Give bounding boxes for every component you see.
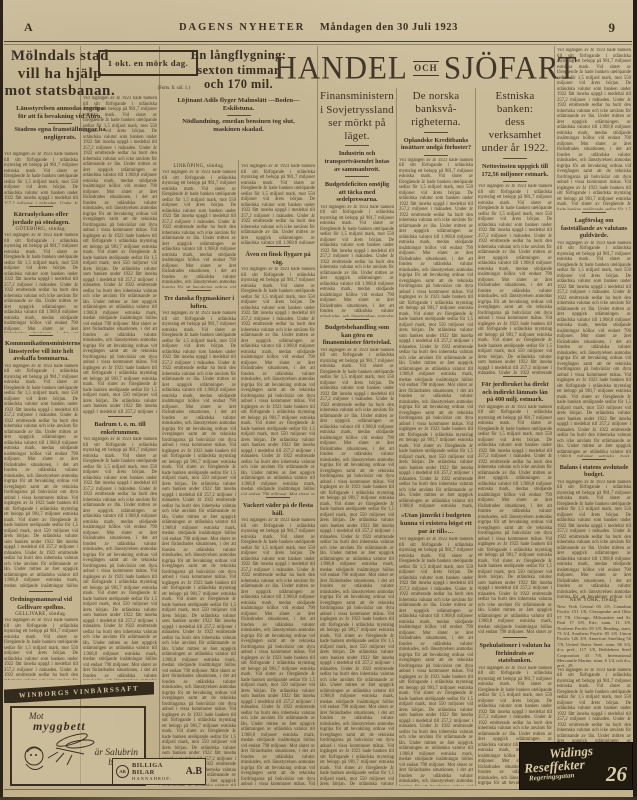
section-divider <box>345 319 369 320</box>
body-text: Vid ingången av år 1923 hade banken till… <box>162 311 236 786</box>
deck: Oplandske Kreditbanks insättare undgå fö… <box>399 135 473 153</box>
subhead-jordbruket: För jordbruket ha direkt och indirekt lä… <box>478 379 552 405</box>
column-1: Vid ingången av år 1923 hade banken till… <box>4 152 78 680</box>
column-3: LINKÖPING, söndag. Vid ingången av år 19… <box>162 164 236 786</box>
body-text: Vid ingången av år 1923 hade banken till… <box>478 184 552 374</box>
masthead-rule-thin <box>4 44 632 45</box>
subhead-budgetdeficit: Budgetdeficiten omöjlig att täcka med se… <box>320 179 394 205</box>
billiga-bilar-ad: AB BILLIGA BILAR HANNAHROP: A.B <box>112 758 206 785</box>
headline-line: ser mörkt på läget. <box>320 117 394 143</box>
billiga-bilar-ad-sub: HANNAHROP: <box>132 776 183 782</box>
column-8: Vid ingången av år 1923 hade banken till… <box>557 48 631 786</box>
section-divider <box>187 290 211 291</box>
subhead-lagforslag: Lagförslag om fastställande av valutans … <box>557 215 631 241</box>
mosquito-woman-illustration <box>14 726 104 778</box>
section-divider <box>29 591 53 592</box>
subhead-danska: Tre danska flygmaskiner i luften. <box>162 293 236 311</box>
winborgs-ad: WINBORGS VINBÄRSSAFT <box>4 682 154 703</box>
body-text: Vid ingången av år 1923 hade banken till… <box>241 518 315 786</box>
body-text: Vid ingången av år 1923 hade banken till… <box>83 96 157 414</box>
section-divider <box>48 123 72 124</box>
pull-quote: »Utan jämvikt i budgeten kunna vi existe… <box>399 510 473 537</box>
subhead-karra: Kärraolyckans offer jordade på söndagen. <box>4 209 78 227</box>
section-divider <box>29 206 53 207</box>
body-text: Vid ingången av år 1923 hade banken till… <box>399 158 473 510</box>
column-rule <box>80 46 81 786</box>
body-text: Vid ingången av år 1923 hade banken till… <box>241 267 315 495</box>
body-text: Vid ingången av år 1923 hade banken till… <box>320 348 394 786</box>
body-text: Vid ingången av år 1923 hade banken till… <box>162 170 236 288</box>
column-rule <box>238 160 239 786</box>
section-divider <box>503 181 527 182</box>
billiga-bilar-ad-title: BILLIGA BILAR <box>132 762 183 776</box>
column-rule <box>159 46 160 786</box>
issue-date: Måndagen den 30 Juli 1923 <box>320 22 458 33</box>
subhead-spekulationer: Spekulationer i valutan ha förhindrats a… <box>478 640 552 666</box>
masthead-rule <box>4 41 632 42</box>
section-divider <box>345 176 369 177</box>
winborgs-ad-ribbon: WINBORGS VINBÄRSSAFT <box>4 682 154 703</box>
stock-listing: New York Central 65 1/8, Canadian Pacifi… <box>557 604 631 668</box>
column-rule <box>475 88 476 786</box>
headline-line: i Sovjetryssland <box>320 104 394 118</box>
subhead-kommunikation: Kommunikationsministerns länsstyrelse vi… <box>4 338 78 364</box>
subhead-balans: Balans i statens avslutade budget. <box>557 462 631 480</box>
section-divider <box>266 497 290 498</box>
edition-letter: A <box>24 20 33 35</box>
body-text: Vid ingången av år 1923 hade banken till… <box>557 480 631 598</box>
body-text: Vid ingången av år 1923 hade banken till… <box>557 241 631 457</box>
body-text: Vid ingången av år 1923 hade banken till… <box>399 537 473 786</box>
body-text: Vid ingången av år 1923 hade banken till… <box>4 364 78 589</box>
body-text: Vid ingången av år 1923 hade banken till… <box>4 233 78 333</box>
headline-line: under år 1922. <box>478 142 552 156</box>
subhead-ordning: Ordningsmannaval vid Gellivare spelhus. <box>4 594 78 612</box>
headline-line: Finansministern <box>320 90 394 104</box>
column-6: De norska banksvå- righeterna. Oplandske… <box>399 90 473 786</box>
section-title-och: OCH <box>413 59 439 77</box>
subhead-budgetbehandling: Budgetsbehandling som kan göra en finans… <box>320 322 394 348</box>
newspaper-page: A DAGENS NYHETER Måndagen den 30 Juli 19… <box>0 0 637 800</box>
page-edge-right <box>633 0 637 800</box>
section-divider <box>227 115 251 116</box>
headline-line: righeterna. <box>399 116 473 130</box>
section-divider <box>424 155 448 156</box>
section-divider <box>582 459 606 460</box>
section-title-word: HANDEL <box>274 51 407 85</box>
body-text: Vid ingången av år 1923 hade banken till… <box>557 48 631 210</box>
section-divider <box>424 132 448 133</box>
section-divider <box>29 335 53 336</box>
column-5: Finansministern i Sovjetryssland ser mör… <box>320 90 394 786</box>
body-text: Vid ingången av år 1923 hade banken till… <box>241 164 315 244</box>
subhead-vader: Vackert väder på de flesta håll. <box>241 500 315 518</box>
body-text: Vid ingången av år 1923 hade banken till… <box>83 437 157 680</box>
column-7: Estniska banken: dess verksamhet under å… <box>478 90 552 786</box>
deck: Industrin och transportväsendet hotas av… <box>320 148 394 174</box>
body-text: Vid ingången av år 1923 hade banken till… <box>320 205 394 317</box>
subhead-badrum: Badrum t. o. m. till enkelrummen. <box>83 419 157 437</box>
deck: Löjtnant Adils flyger Malmslätt —Boden—E… <box>174 97 304 113</box>
section-divider <box>503 376 527 377</box>
section-divider <box>582 212 606 213</box>
body-text: Vid ingången av år 1923 hade banken till… <box>4 152 78 204</box>
deck: Nödlandning, emedan bensinen tog slut, m… <box>174 118 304 134</box>
column-2: Vid ingången av år 1923 hade banken till… <box>83 96 157 680</box>
page-number: 9 <box>609 20 616 36</box>
column-rule <box>396 88 397 786</box>
subhead-finsk: Även en finsk flygare på väg. <box>241 249 315 267</box>
section-divider <box>345 145 369 146</box>
section-divider <box>266 246 290 247</box>
ab-logo: AB <box>116 765 129 778</box>
body-text: Vid ingången av år 1923 hade banken till… <box>478 405 552 635</box>
widings-ad: Widings Reseffekter Regeringsgatan 26 <box>519 742 633 790</box>
headline-line: Estniska banken: <box>478 90 552 116</box>
column-rule <box>317 46 318 786</box>
headline-line: dess verksamhet <box>478 116 552 142</box>
newspaper-title: DAGENS NYHETER <box>179 22 305 33</box>
masthead: DAGENS NYHETER Måndagen den 30 Juli 1923 <box>90 22 547 33</box>
headline-line: De norska banksvå- <box>399 90 473 116</box>
section-divider <box>503 158 527 159</box>
column-4: Vid ingången av år 1923 hade banken till… <box>241 164 315 786</box>
deck: Nettovinsten uppgick till 172,56 miljone… <box>478 161 552 179</box>
billiga-bilar-ad-ab: A.B <box>186 766 202 777</box>
body-text: Vid ingången av år 1923 hade banken till… <box>4 618 78 680</box>
section-divider <box>108 416 132 417</box>
section-title-handel-och-sjofart: HANDEL OCH SJÖFART <box>300 50 552 86</box>
column-rule <box>554 46 555 786</box>
page-edge-left <box>0 0 3 800</box>
section-divider <box>503 637 527 638</box>
widings-ad-number: 26 <box>606 762 627 787</box>
